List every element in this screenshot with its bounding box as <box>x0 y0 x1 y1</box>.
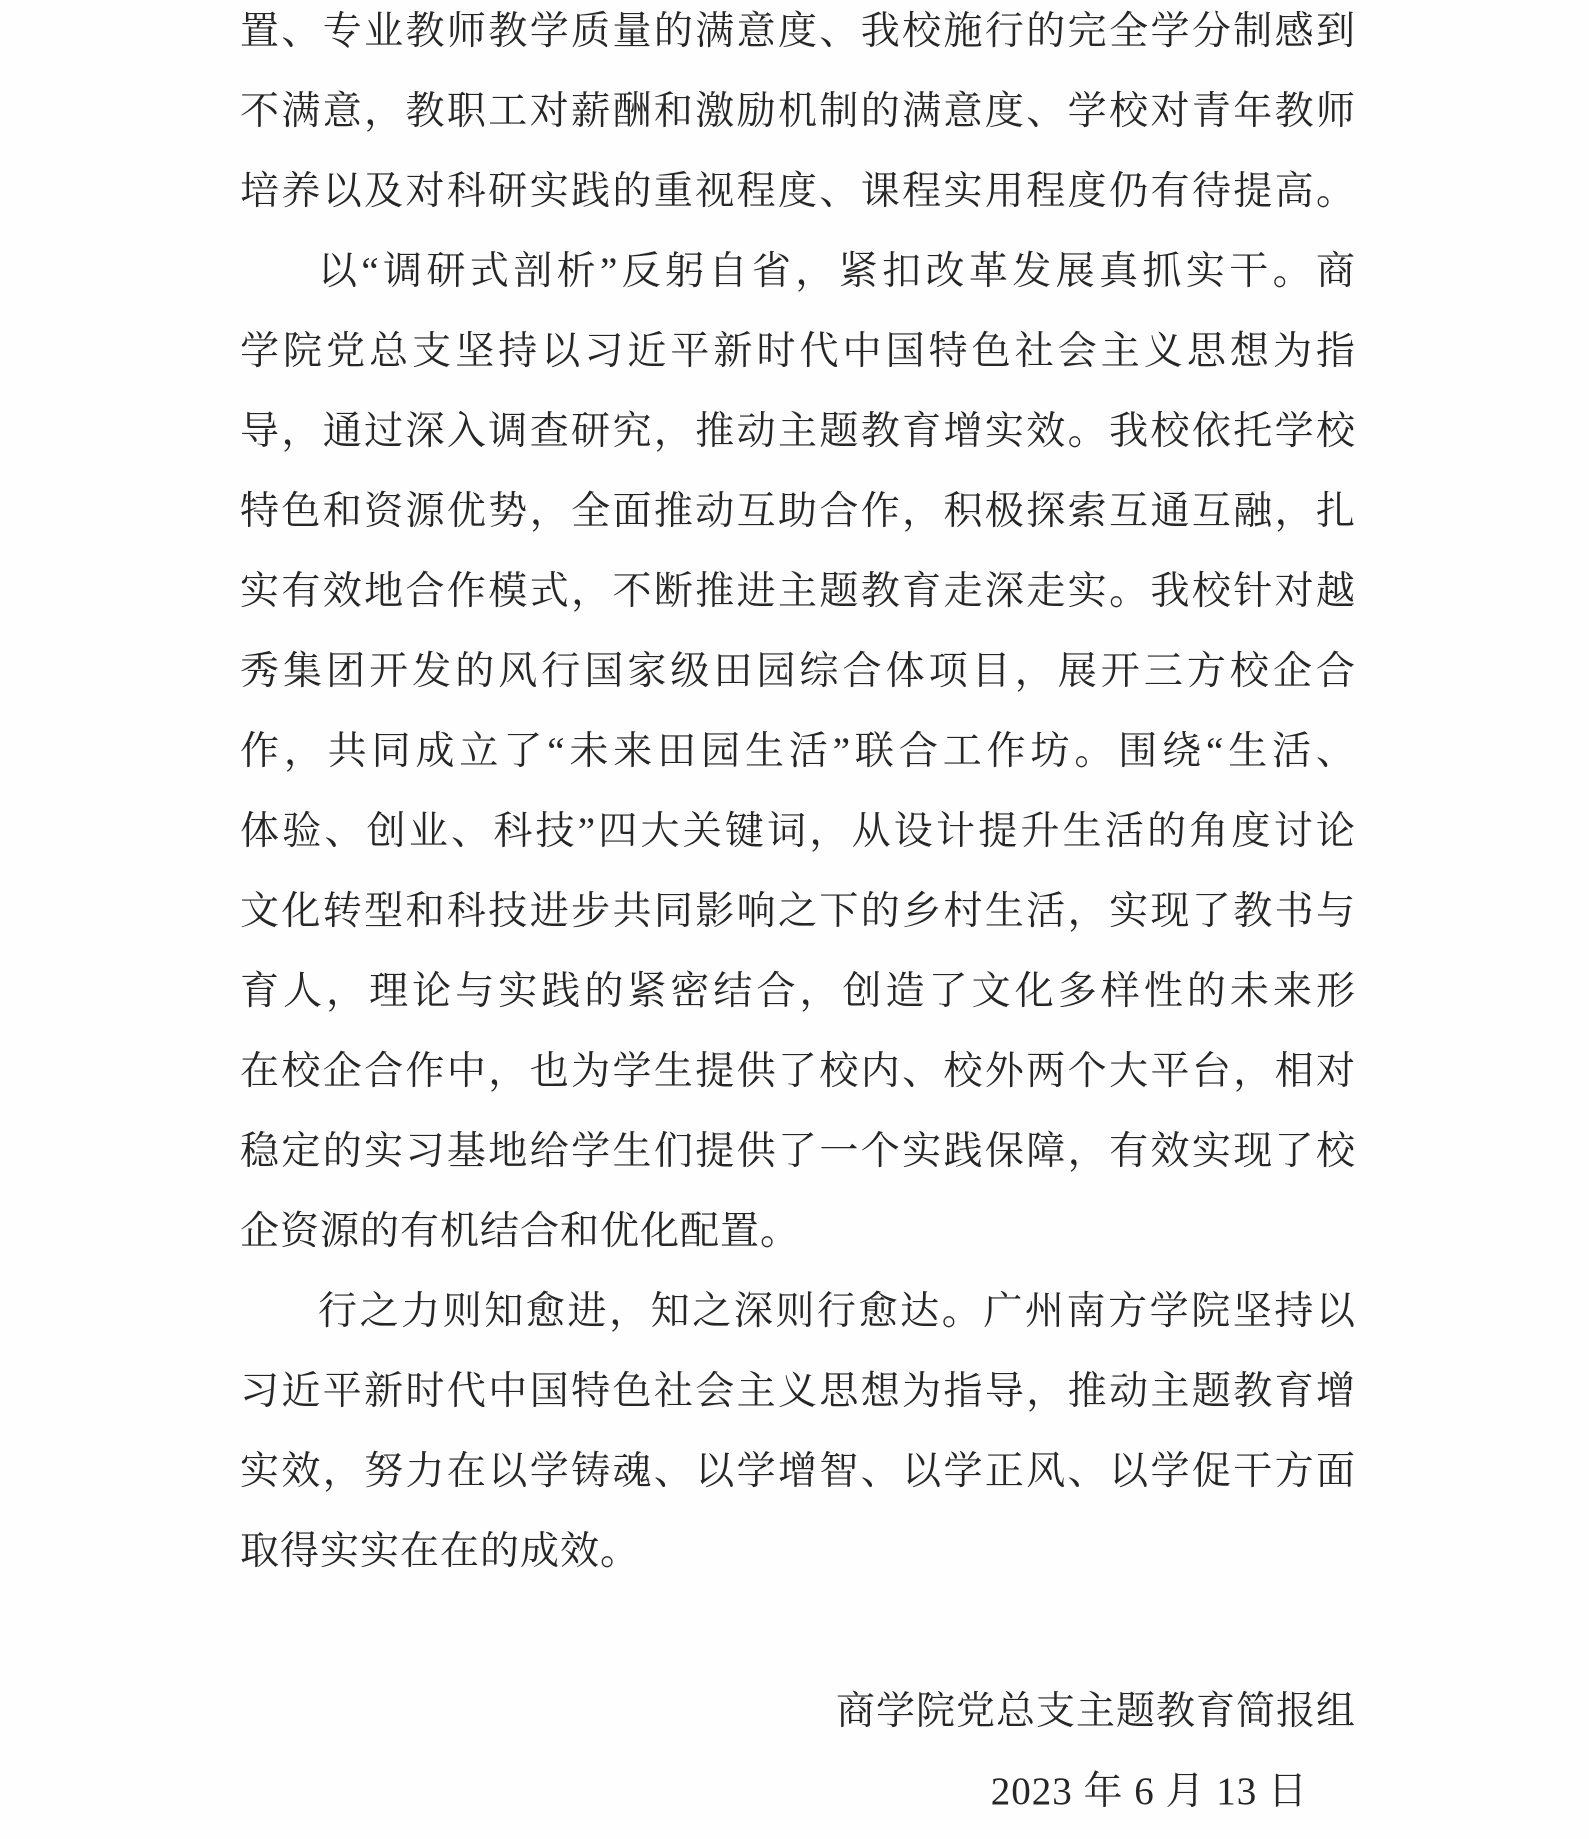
date-line: 2023 年 6 月 13 日 <box>240 1752 1356 1832</box>
text-line: 以“调研式剖析”反躬自省，紧扣改革发展真抓实干。商 <box>240 232 1356 312</box>
text-line: 文化转型和科技进步共同影响之下的乡村生活，实现了教书与 <box>240 872 1356 952</box>
blank-line <box>240 1592 1356 1672</box>
text-line: 体验、创业、科技”四大关键词，从设计提升生活的角度讨论 <box>240 792 1356 872</box>
text-line: 取得实实在在的成效。 <box>240 1512 1356 1592</box>
paragraphs-container: 置、专业教师教学质量的满意度、我校施行的完全学分制感到不满意，教职工对薪酬和激励… <box>240 0 1356 1592</box>
text-line: 企资源的有机结合和优化配置。 <box>240 1192 1356 1272</box>
text-line: 育人，理论与实践的紧密结合，创造了文化多样性的未来形态。 <box>240 952 1356 1032</box>
text-line: 导，通过深入调查研究，推动主题教育增实效。我校依托学校 <box>240 392 1356 472</box>
text-line: 实有效地合作模式，不断推进主题教育走深走实。我校针对越 <box>240 552 1356 632</box>
text-line: 秀集团开发的风行国家级田园综合体项目，展开三方校企合 <box>240 632 1356 712</box>
text-line: 培养以及对科研实践的重视程度、课程实用程度仍有待提高。 <box>240 152 1356 232</box>
text-line: 置、专业教师教学质量的满意度、我校施行的完全学分制感到 <box>240 0 1356 72</box>
text-line: 不满意，教职工对薪酬和激励机制的满意度、学校对青年教师 <box>240 72 1356 152</box>
document-page: 置、专业教师教学质量的满意度、我校施行的完全学分制感到不满意，教职工对薪酬和激励… <box>0 0 1589 1839</box>
text-line: 作，共同成立了“未来田园生活”联合工作坊。围绕“生活、 <box>240 712 1356 792</box>
text-line: 学院党总支坚持以习近平新时代中国特色社会主义思想为指 <box>240 312 1356 392</box>
paragraph-3: 行之力则知愈进，知之深则行愈达。广州南方学院坚持以习近平新时代中国特色社会主义思… <box>240 1272 1356 1592</box>
paragraph-1: 置、专业教师教学质量的满意度、我校施行的完全学分制感到不满意，教职工对薪酬和激励… <box>240 0 1356 232</box>
text-line: 行之力则知愈进，知之深则行愈达。广州南方学院坚持以 <box>240 1272 1356 1352</box>
text-line: 习近平新时代中国特色社会主义思想为指导，推动主题教育增 <box>240 1352 1356 1432</box>
paragraph-2: 以“调研式剖析”反躬自省，紧扣改革发展真抓实干。商学院党总支坚持以习近平新时代中… <box>240 232 1356 1272</box>
signature-line: 商学院党总支主题教育简报组 <box>240 1672 1356 1752</box>
document-body: 置、专业教师教学质量的满意度、我校施行的完全学分制感到不满意，教职工对薪酬和激励… <box>240 0 1356 1832</box>
text-line: 实效，努力在以学铸魂、以学增智、以学正风、以学促干方面 <box>240 1432 1356 1512</box>
text-line: 特色和资源优势，全面推动互助合作，积极探索互通互融，扎 <box>240 472 1356 552</box>
text-line: 稳定的实习基地给学生们提供了一个实践保障，有效实现了校 <box>240 1112 1356 1192</box>
text-line: 在校企合作中，也为学生提供了校内、校外两个大平台，相对 <box>240 1032 1356 1112</box>
